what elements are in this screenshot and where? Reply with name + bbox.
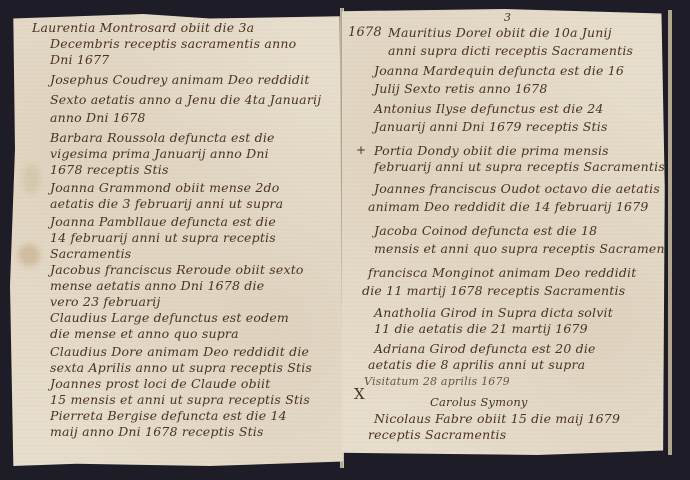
text-line: Sacramentis <box>50 246 131 261</box>
text-line: mensis et anni quo supra receptis Sacram… <box>374 241 681 256</box>
signature: Carolus Symony <box>430 395 528 409</box>
text-line: Claudius Dore animam Deo reddidit die <box>50 344 309 359</box>
page-number: 3 <box>504 11 511 24</box>
text-line: Pierreta Bergise defuncta est die 14 <box>50 408 287 423</box>
text-line: receptis Sacramentis <box>368 427 506 442</box>
text-line: Joannes prost loci de Claude obiit <box>50 376 270 391</box>
text-line: Sexto aetatis anno a Jenu die 4ta Januar… <box>50 92 321 107</box>
text-line: Joannes franciscus Oudot octavo die aeta… <box>374 181 660 196</box>
page-edge <box>668 10 672 455</box>
text-line: Barbara Roussola defuncta est die <box>50 130 275 145</box>
text-line: francisca Monginot animam Deo reddidit <box>368 265 636 280</box>
text-line: Nicolaus Fabre obiit 15 die maij 1679 <box>374 411 620 426</box>
water-stain <box>22 164 40 194</box>
text-line: Claudius Large defunctus est eodem <box>50 310 289 325</box>
text-line: Dni 1677 <box>50 52 109 67</box>
water-stain <box>18 244 40 266</box>
text-line: Joanna Pambllaue defuncta est die <box>50 214 276 229</box>
text-line: Adriana Girod defuncta est 20 die <box>374 341 596 356</box>
visitation-note: Visitatum 28 aprilis 1679 <box>364 375 510 388</box>
text-line: vigesima prima Januarij anno Dni <box>50 146 269 161</box>
text-line: aetatis die 3 februarij anni ut supra <box>50 196 283 211</box>
right-page: 3 1678 + X Mauritius Dorel obiit die 10a… <box>342 9 668 455</box>
text-line: vero 23 februarij <box>50 294 161 309</box>
text-line: Mauritius Dorel obiit die 10a Junij <box>388 25 612 40</box>
text-line: Jacoba Coinod defuncta est die 18 <box>374 223 597 238</box>
text-line: Decembris receptis sacramentis anno <box>50 36 296 51</box>
text-line: februarij anni ut supra receptis Sacrame… <box>374 159 665 174</box>
text-line: 1678 receptis Stis <box>50 162 169 177</box>
left-page: Laurentia Montrosard obiit die 3a Decemb… <box>10 14 343 466</box>
text-line: 14 februarij anni ut supra receptis <box>50 230 276 245</box>
text-line: Laurentia Montrosard obiit die 3a <box>32 20 254 35</box>
text-line: aetatis die 8 aprilis anni ut supra <box>368 357 585 372</box>
text-line: Joanna Grammond obiit mense 2do <box>50 180 279 195</box>
text-line: Antonius Ilyse defunctus est die 24 <box>374 101 604 116</box>
text-line: die mense et anno quo supra <box>50 326 239 341</box>
text-line: Josephus Coudrey animam Deo reddidit <box>50 72 310 87</box>
text-line: Portia Dondy obiit die prima mensis <box>374 143 609 158</box>
text-line: Julij Sexto retis anno 1678 <box>374 81 548 96</box>
text-line: maij anno Dni 1678 receptis Stis <box>50 424 264 439</box>
cross-mark: + <box>356 143 366 157</box>
text-line: Jacobus franciscus Reroude obiit sexto <box>50 262 304 277</box>
text-line: 15 mensis et anni ut supra receptis Stis <box>50 392 310 407</box>
text-line: animam Deo reddidit die 14 februarij 167… <box>368 199 649 214</box>
text-line: Anatholia Girod in Supra dicta solvit <box>374 305 613 320</box>
text-line: die 11 martij 1678 receptis Sacramentis <box>362 283 625 298</box>
text-line: Januarij anni Dni 1679 receptis Stis <box>374 119 608 134</box>
text-line: 11 die aetatis die 21 martij 1679 <box>374 321 588 336</box>
margin-year: 1678 <box>348 25 382 40</box>
text-line: sexta Aprilis anno ut supra receptis Sti… <box>50 360 312 375</box>
text-line: anni supra dicti receptis Sacramentis <box>388 43 633 58</box>
text-line: Joanna Mardequin defuncta est die 16 <box>374 63 624 78</box>
text-line: anno Dni 1678 <box>50 110 146 125</box>
text-line: mense aetatis anno Dni 1678 die <box>50 278 264 293</box>
